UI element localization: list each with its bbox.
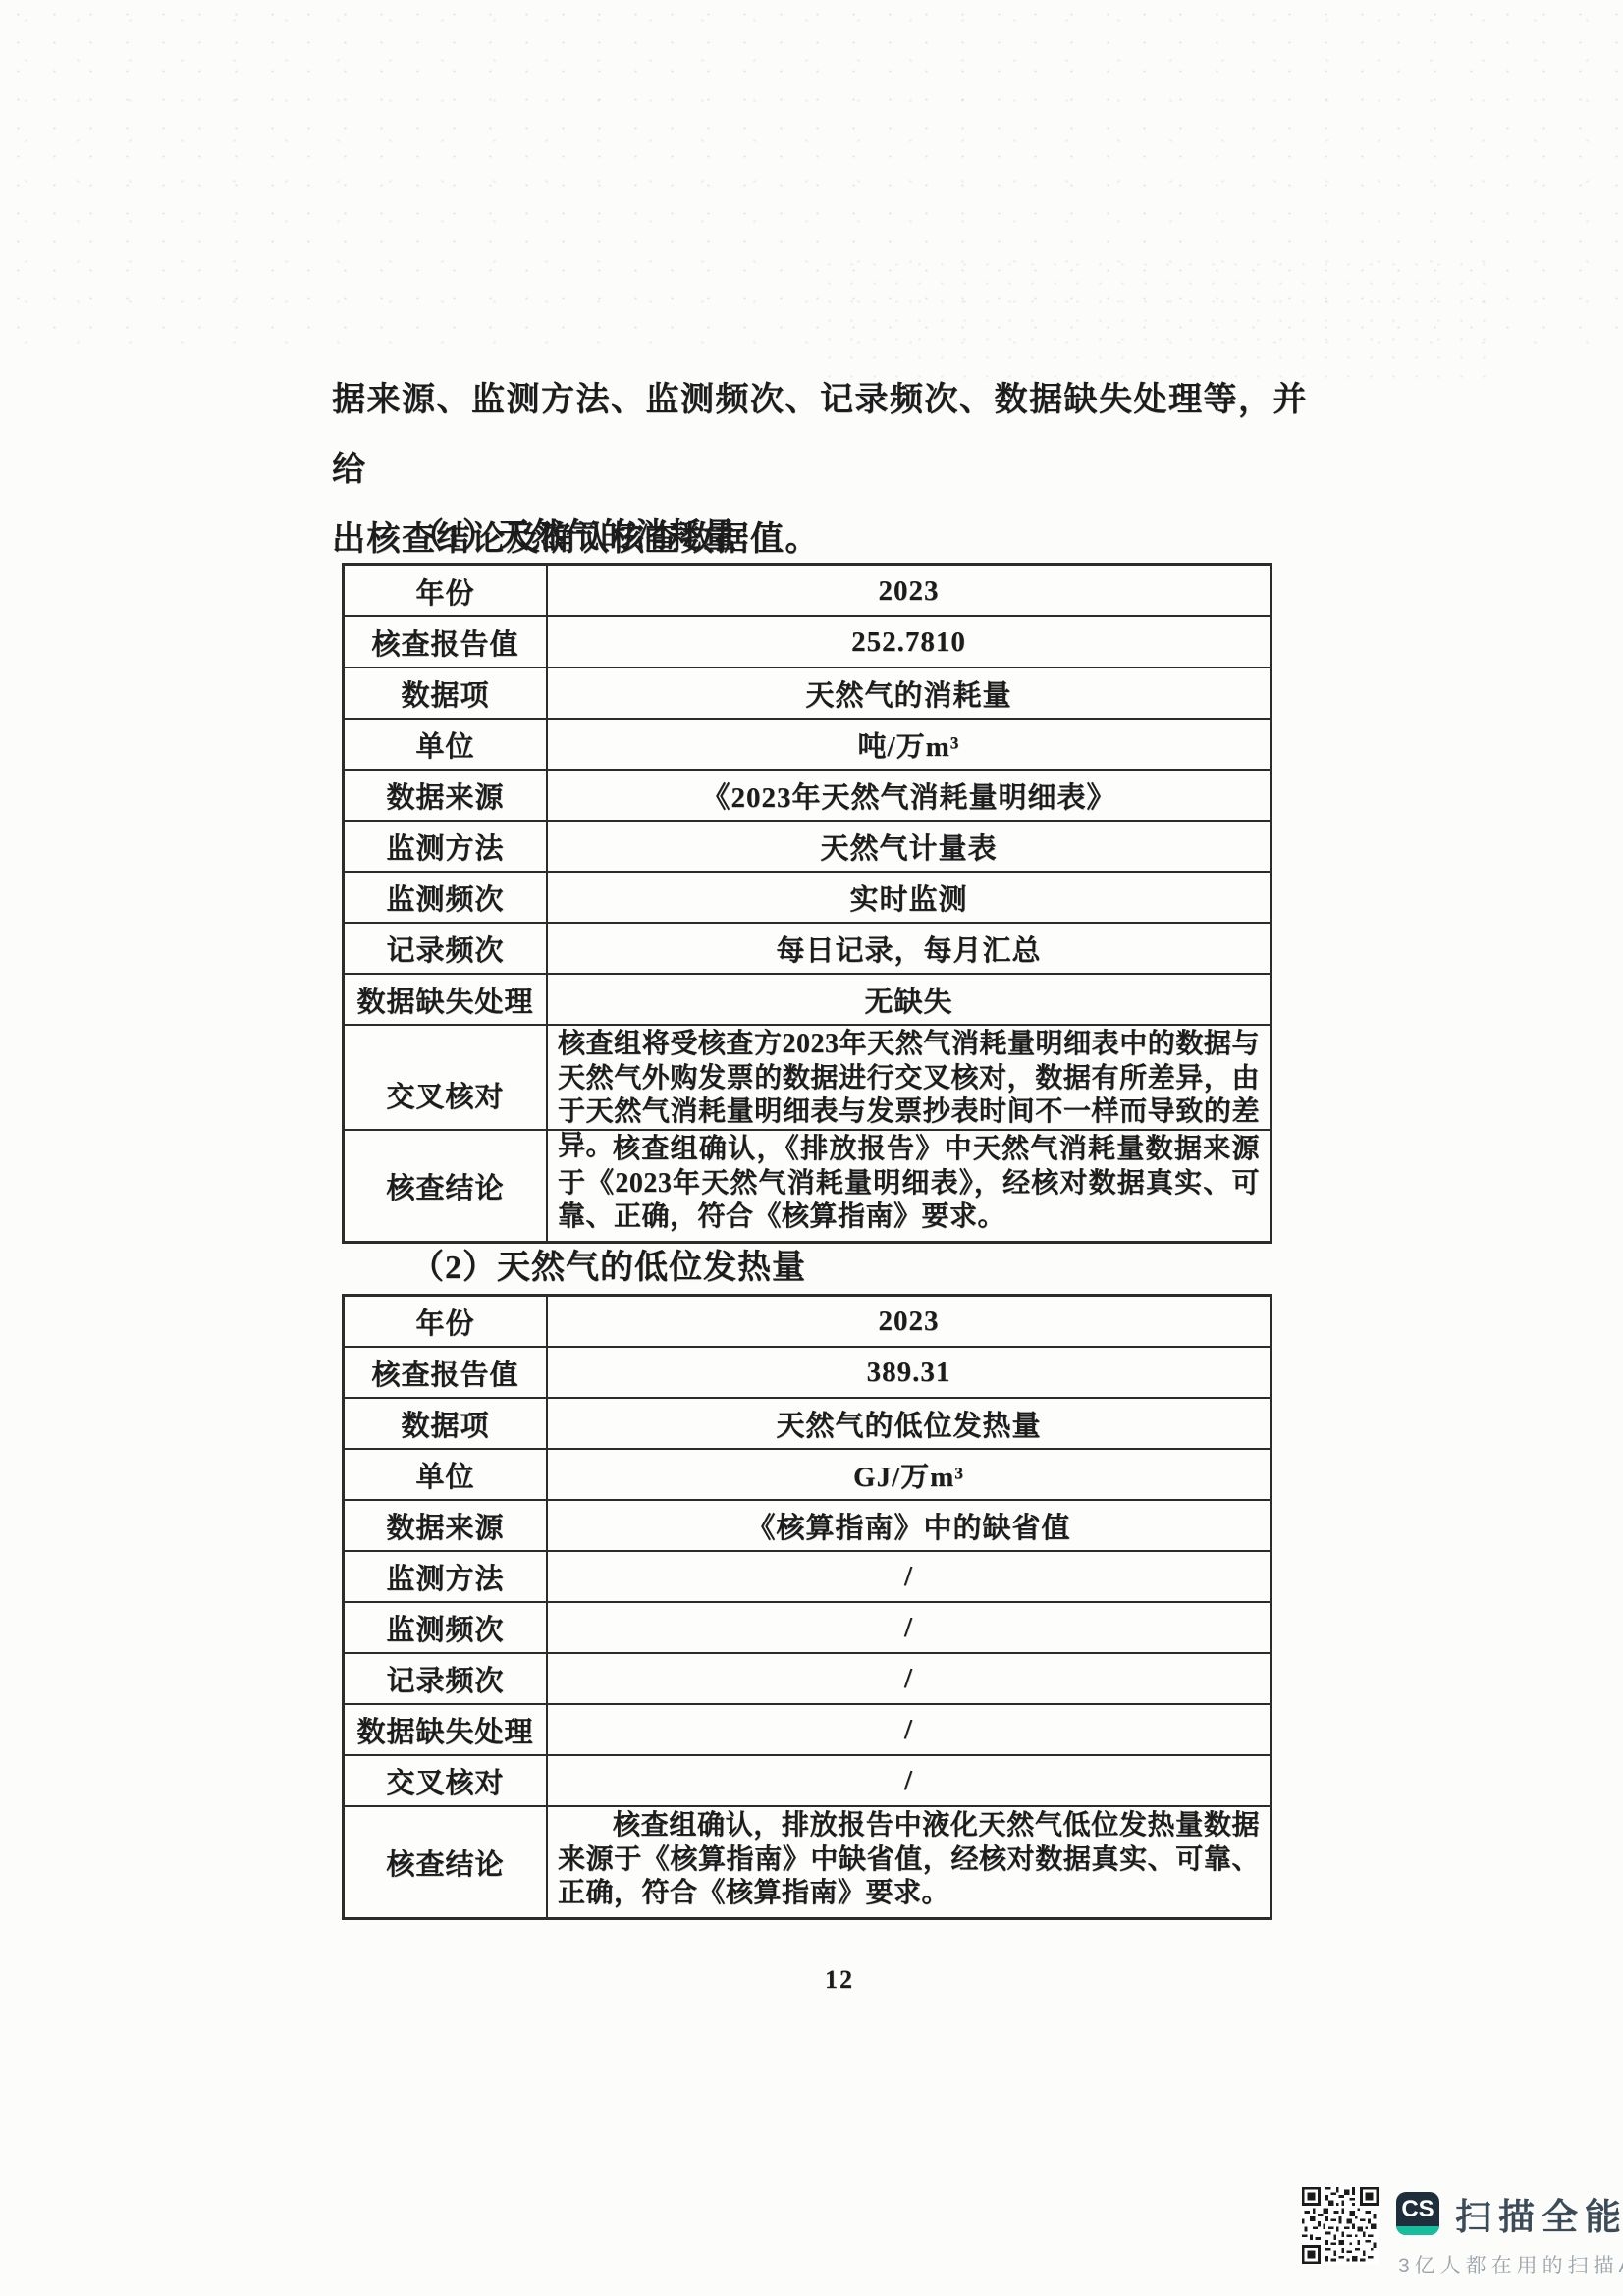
table-row: 记录频次 每日记录，每月汇总 <box>345 924 1270 975</box>
row-value: / <box>548 1705 1270 1754</box>
table-row: 监测频次 / <box>345 1603 1270 1654</box>
table-row: 监测方法 / <box>345 1552 1270 1603</box>
table-row: 数据缺失处理 / <box>345 1705 1270 1756</box>
row-value: GJ/万m³ <box>548 1450 1270 1499</box>
row-label: 单位 <box>345 720 548 769</box>
table-row: 数据来源 《2023年天然气消耗量明细表》 <box>345 771 1270 822</box>
camscanner-logo-accent-bar <box>1396 2226 1439 2235</box>
row-value: 天然气的消耗量 <box>548 668 1270 718</box>
page-number: 12 <box>825 1965 854 1995</box>
row-label: 数据项 <box>345 1399 548 1448</box>
table-row: 交叉核对 核查组将受核查方2023年天然气消耗量明细表中的数据与天然气外购发票的… <box>345 1026 1270 1131</box>
scan-noise-texture <box>818 255 1505 383</box>
row-label: 数据来源 <box>345 771 548 820</box>
row-value: / <box>548 1552 1270 1601</box>
row-label: 核查报告值 <box>345 1348 548 1397</box>
verification-table-heating-value: 年份 2023 核查报告值 389.31 数据项 天然气的低位发热量 单位 GJ… <box>342 1294 1272 1920</box>
row-label: 年份 <box>345 566 548 615</box>
table-row: 记录频次 / <box>345 1654 1270 1705</box>
table-row: 监测方法 天然气计量表 <box>345 822 1270 873</box>
row-value: 天然气的低位发热量 <box>548 1399 1270 1448</box>
row-label: 交叉核对 <box>345 1756 548 1805</box>
camscanner-logo-icon: CS <box>1396 2192 1439 2235</box>
row-label: 数据缺失处理 <box>345 1705 548 1754</box>
row-value: 《2023年天然气消耗量明细表》 <box>548 771 1270 820</box>
camscanner-app-name: 扫描全能王 <box>1455 2187 1623 2240</box>
row-label: 监测频次 <box>345 1603 548 1652</box>
row-label: 监测频次 <box>345 873 548 922</box>
row-value: 每日记录，每月汇总 <box>548 924 1270 973</box>
table-row: 监测频次 实时监测 <box>345 873 1270 924</box>
row-label: 数据项 <box>345 668 548 718</box>
table-row: 单位 吨/万m³ <box>345 720 1270 771</box>
camscanner-watermark: CS 扫描全能王 3亿人都在用的扫描App <box>1302 2187 1623 2279</box>
row-value: / <box>548 1603 1270 1652</box>
row-value: 无缺失 <box>548 975 1270 1024</box>
row-value: 389.31 <box>548 1348 1270 1397</box>
qr-code-icon <box>1302 2187 1379 2264</box>
camscanner-logo-text: CS <box>1396 2196 1439 2223</box>
row-label: 监测方法 <box>345 1552 548 1601</box>
row-label: 核查结论 <box>345 1807 548 1917</box>
table-row: 数据项 天然气的消耗量 <box>345 668 1270 720</box>
table-row: 数据项 天然气的低位发热量 <box>345 1399 1270 1450</box>
row-label: 记录频次 <box>345 924 548 973</box>
row-value: 核查组确认，《排放报告》中天然气消耗量数据来源于《2023年天然气消耗量明细表》… <box>548 1131 1270 1241</box>
row-label: 核查结论 <box>345 1131 548 1241</box>
row-label: 核查报告值 <box>345 617 548 667</box>
row-label: 年份 <box>345 1297 548 1346</box>
row-value: 天然气计量表 <box>548 822 1270 871</box>
row-label: 监测方法 <box>345 822 548 871</box>
intro-line-1: 据来源、监测方法、监测频次、记录频次、数据缺失处理等，并给 <box>332 365 1325 505</box>
table-row: 核查结论 核查组确认，《排放报告》中天然气消耗量数据来源于《2023年天然气消耗… <box>345 1131 1270 1241</box>
scanned-document-page: 据来源、监测方法、监测频次、记录频次、数据缺失处理等，并给 出核查结论及确认核查… <box>0 0 1623 2296</box>
table-row: 核查结论 核查组确认，排放报告中液化天然气低位发热量数据来源于《核算指南》中缺省… <box>345 1807 1270 1917</box>
table-row: 交叉核对 / <box>345 1756 1270 1807</box>
row-label: 记录频次 <box>345 1654 548 1703</box>
table-row: 数据来源 《核算指南》中的缺省值 <box>345 1501 1270 1552</box>
row-value: / <box>548 1654 1270 1703</box>
table-row: 年份 2023 <box>345 566 1270 617</box>
row-value: 252.7810 <box>548 617 1270 667</box>
table-row: 单位 GJ/万m³ <box>345 1450 1270 1501</box>
row-value: 2023 <box>548 566 1270 615</box>
row-label: 数据来源 <box>345 1501 548 1550</box>
row-value: 核查组确认，排放报告中液化天然气低位发热量数据来源于《核算指南》中缺省值，经核对… <box>548 1807 1270 1917</box>
row-value: 实时监测 <box>548 873 1270 922</box>
section-2-heading: （2）天然气的低位发热量 <box>410 1240 806 1288</box>
table-row: 核查报告值 252.7810 <box>345 617 1270 668</box>
row-label: 单位 <box>345 1450 548 1499</box>
table-row: 核查报告值 389.31 <box>345 1348 1270 1399</box>
row-label: 数据缺失处理 <box>345 975 548 1024</box>
verification-table-gas-consumption: 年份 2023 核查报告值 252.7810 数据项 天然气的消耗量 单位 吨/… <box>342 563 1272 1244</box>
section-1-heading: （1）天然气的消耗量 <box>410 508 737 557</box>
camscanner-branding: CS 扫描全能王 3亿人都在用的扫描App <box>1396 2187 1623 2279</box>
table-row: 年份 2023 <box>345 1297 1270 1348</box>
row-value: 吨/万m³ <box>548 720 1270 769</box>
row-value: 2023 <box>548 1297 1270 1346</box>
row-value: / <box>548 1756 1270 1805</box>
camscanner-tagline: 3亿人都在用的扫描App <box>1398 2250 1623 2279</box>
scan-noise-texture <box>0 0 1623 353</box>
row-value: 《核算指南》中的缺省值 <box>548 1501 1270 1550</box>
table-row: 数据缺失处理 无缺失 <box>345 975 1270 1026</box>
